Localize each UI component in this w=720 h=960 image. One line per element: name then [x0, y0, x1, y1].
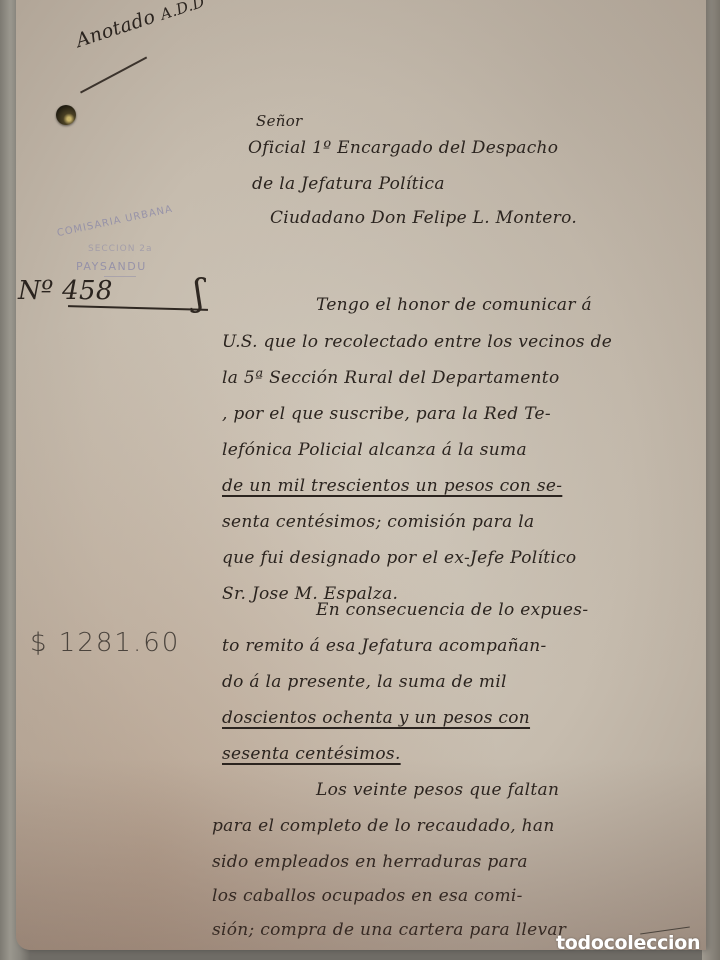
addressee-line: Ciudadano Don Felipe L. Montero. — [270, 208, 577, 228]
watermark-logo: todocoleccion — [556, 932, 700, 954]
paragraph-1-line: la 5ª Sección Rural del Departamento — [222, 368, 559, 388]
police-stamp: COMISARIA URBANA SECCION 2a PAYSANDU — [52, 208, 192, 288]
paragraph-1-line: , por el que suscribe, para la Red Te- — [222, 404, 551, 424]
addressee-line: de la Jefatura Política — [252, 174, 445, 194]
margin-amount: $ 1281.60 — [30, 628, 180, 658]
paragraph-2-line: sesenta centésimos. — [222, 744, 401, 764]
annotation-underline — [80, 56, 147, 93]
paragraph-1-line: U.S. que lo recolectado entre los vecino… — [222, 332, 612, 352]
addressee-line: Oficial 1º Encargado del Despacho — [248, 138, 558, 158]
paragraph-1-line: lefónica Policial alcanza á la suma — [222, 440, 527, 460]
paragraph-1-line: Tengo el honor de comunicar á — [316, 295, 592, 315]
document-page: Anotado A.D.D COMISARIA URBANA SECCION 2… — [16, 0, 706, 950]
paragraph-2-line: doscientos ochenta y un pesos con — [222, 708, 530, 728]
paragraph-3-line: los caballos ocupados en esa comi- — [212, 886, 523, 906]
stamp-line-1: COMISARIA URBANA — [56, 204, 174, 239]
annotation-note: Anotado A.D.D — [73, 0, 207, 52]
paragraph-1-line: Sr. Jose M. Espalza. — [222, 584, 398, 604]
salutation: Señor — [256, 112, 303, 130]
stamp-dash — [104, 276, 136, 277]
paragraph-2-line: to remito á esa Jefatura acompañan- — [222, 636, 547, 656]
paragraph-3-line: sido empleados en herraduras para — [212, 852, 528, 872]
reference-number: Nº 458 — [18, 276, 113, 306]
paragraph-3-line: sión; compra de una cartera para llevar — [212, 920, 566, 940]
paragraph-1-line: senta centésimos; comisión para la — [222, 512, 534, 532]
reference-underline — [68, 305, 208, 310]
paragraph-2-line: do á la presente, la suma de mil — [222, 672, 507, 692]
stamp-line-3: PAYSANDU — [76, 260, 147, 273]
flourish-mark: ʃ — [194, 273, 204, 314]
annotation-text: Anotado — [73, 6, 158, 52]
stamp-line-2: SECCION 2a — [88, 244, 153, 254]
annotation-initials: A.D.D — [158, 0, 207, 24]
paragraph-2-line: En consecuencia de lo expues- — [316, 600, 588, 620]
paragraph-1-line: que fui designado por el ex-Jefe Polític… — [222, 548, 576, 568]
brass-rivet-icon — [56, 105, 76, 125]
paragraph-3-line: Los veinte pesos que faltan — [316, 780, 559, 800]
paragraph-3-line: para el completo de lo recaudado, han — [212, 816, 555, 836]
paragraph-1-line: de un mil trescientos un pesos con se- — [222, 476, 562, 496]
